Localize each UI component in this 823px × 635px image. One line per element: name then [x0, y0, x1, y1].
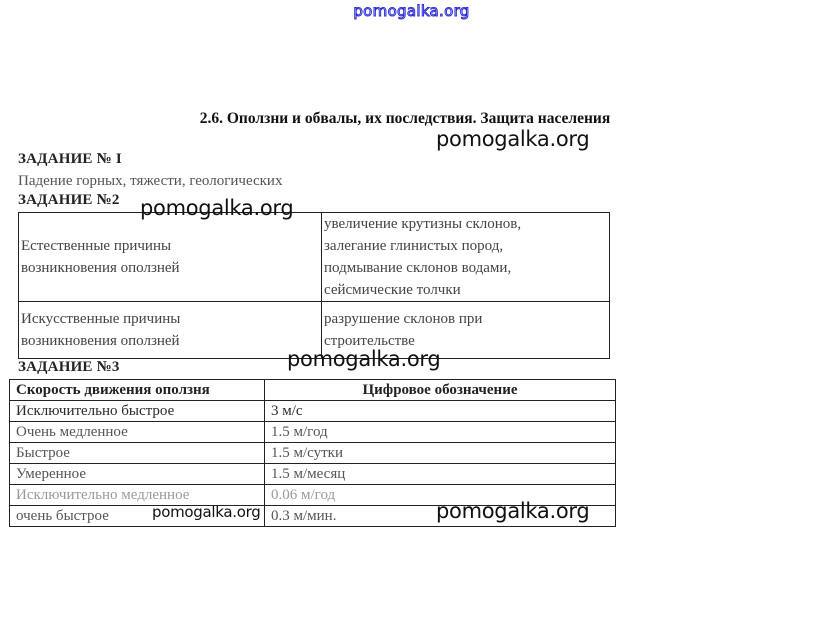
value-cell: 1.5 м/год — [265, 422, 616, 443]
task1-heading: ЗАДАНИЕ № I — [18, 151, 122, 168]
cell-text: возникновения оползней — [21, 330, 319, 352]
speed-cell: Умеренное — [10, 464, 265, 485]
speed-cell: Быстрое — [10, 443, 265, 464]
table-row: Исключительно быстрое 3 м/с — [10, 401, 616, 422]
cell-text: Естественные причины — [21, 235, 319, 257]
column-header-value: Цифровое обозначение — [265, 380, 616, 401]
value-cell: 1.5 м/сутки — [265, 443, 616, 464]
page-title: 2.6. Оползни и обвалы, их последствия. З… — [0, 110, 810, 128]
table-row: Быстрое 1.5 м/сутки — [10, 443, 616, 464]
watermark: pomogalka.org — [436, 127, 589, 151]
watermark: pomogalka.org — [152, 503, 260, 521]
cell-text: Искусственные причины — [21, 308, 319, 330]
task1-answer: Падение горных, тяжести, геологических — [18, 173, 282, 190]
table-row: Естественные причины возникновения ополз… — [19, 213, 610, 302]
site-header-logo[interactable]: pomogalka.org — [0, 2, 823, 20]
task3-heading: ЗАДАНИЕ №3 — [18, 359, 120, 376]
cell-text: разрушение склонов при — [324, 308, 607, 330]
column-header-speed: Скорость движения оползня — [10, 380, 265, 401]
task2-heading: ЗАДАНИЕ №2 — [18, 192, 120, 209]
table-row: Умеренное 1.5 м/месяц — [10, 464, 616, 485]
watermark: pomogalka.org — [436, 499, 589, 523]
cell-text: подмывание склонов водами, — [324, 257, 607, 279]
task2-label-cell: Естественные причины возникновения ополз… — [19, 213, 322, 302]
task2-label-cell: Искусственные причины возникновения опол… — [19, 302, 322, 359]
watermark: pomogalka.org — [287, 347, 440, 371]
cell-text: залегание глинистых пород, — [324, 235, 607, 257]
cell-text: возникновения оползней — [21, 257, 319, 279]
task2-value-cell: увеличение крутизны склонов, залегание г… — [322, 213, 610, 302]
watermark: pomogalka.org — [140, 196, 293, 220]
speed-cell: Очень медленное — [10, 422, 265, 443]
table-header-row: Скорость движения оползня Цифровое обозн… — [10, 380, 616, 401]
table-row: Очень медленное 1.5 м/год — [10, 422, 616, 443]
cell-text: увеличение крутизны склонов, — [324, 213, 607, 235]
value-cell: 3 м/с — [265, 401, 616, 422]
speed-cell: Исключительно быстрое — [10, 401, 265, 422]
value-cell: 1.5 м/месяц — [265, 464, 616, 485]
cell-text: сейсмические толчки — [324, 279, 607, 301]
task2-table: Естественные причины возникновения ополз… — [18, 212, 610, 359]
